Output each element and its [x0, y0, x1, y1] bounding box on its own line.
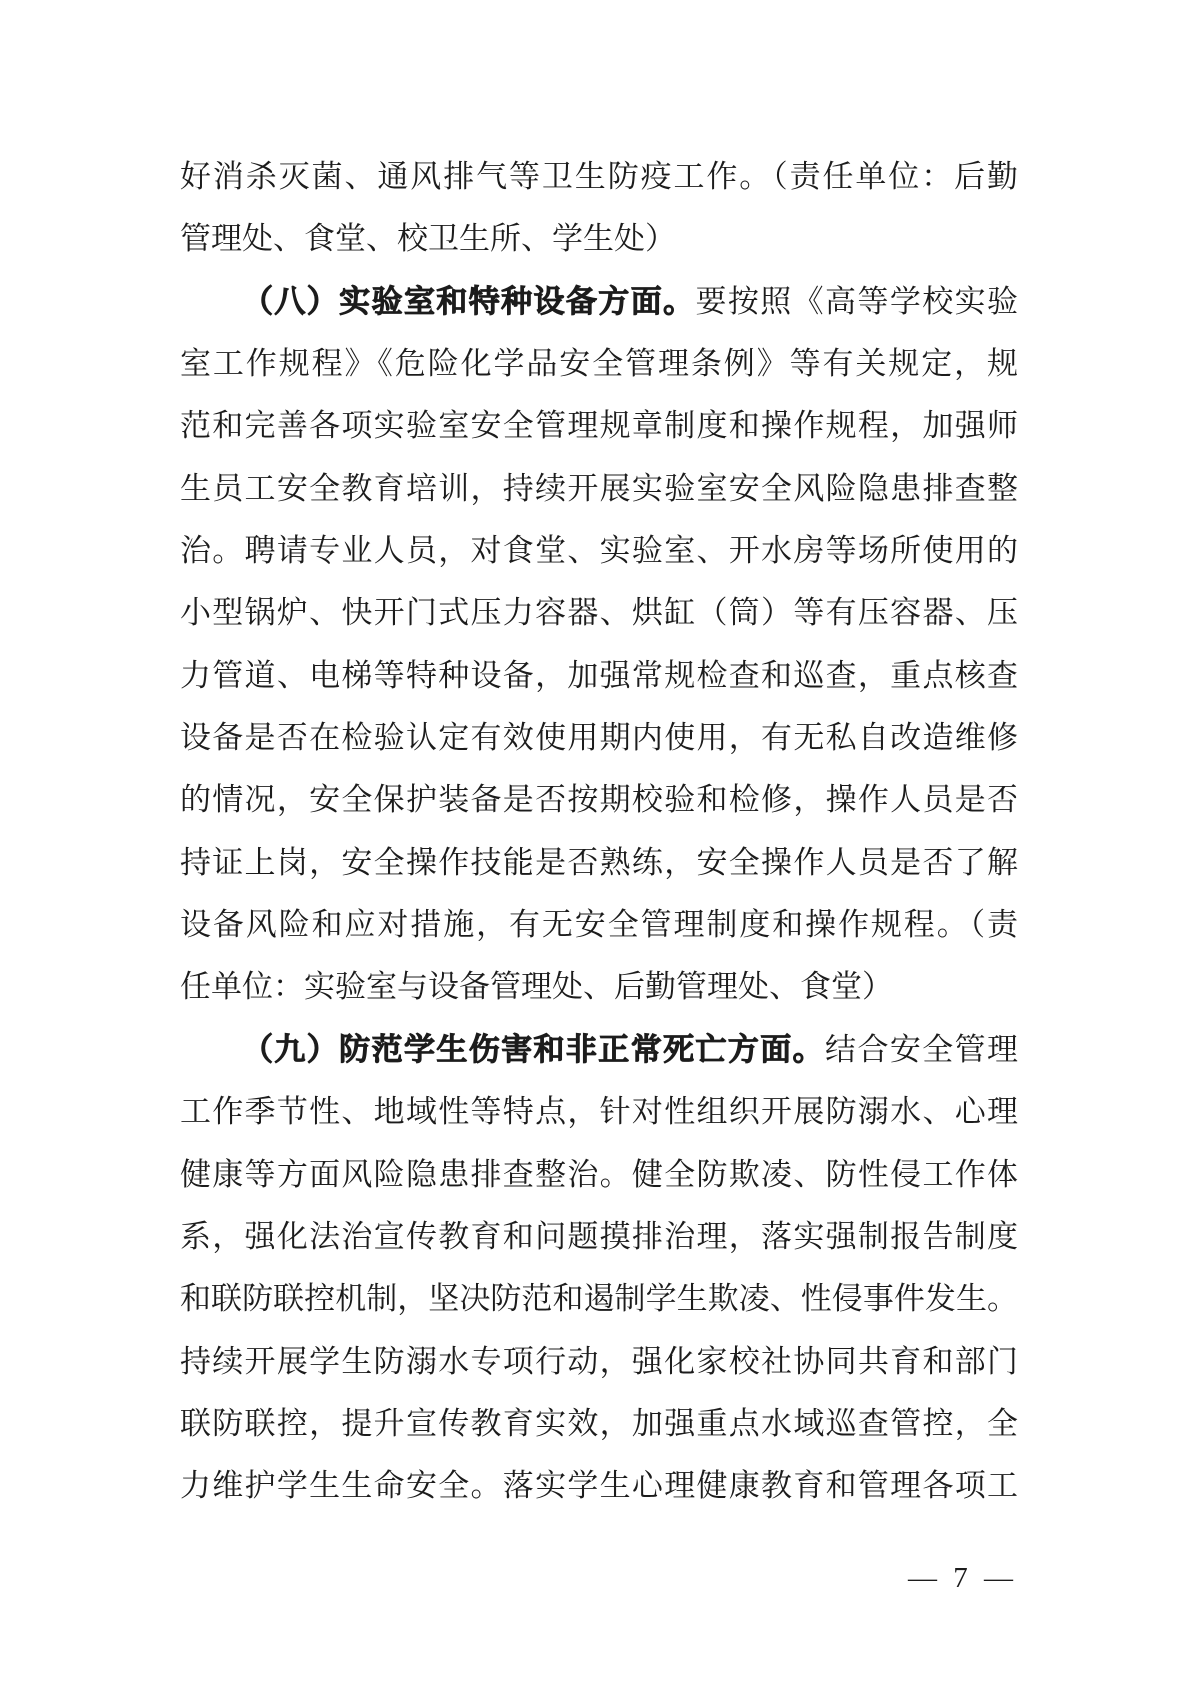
document-page: 好消杀灭菌、通风排气等卫生防疫工作。（责任单位：后勤管理处、食堂、校卫生所、学生…	[0, 0, 1191, 1684]
body-text: 设备风险和应对措施，有无安全管理制度和操作规程。（责	[180, 907, 1018, 942]
body-text: 生员工安全教育培训，持续开展实验室安全风险隐患排查整	[180, 471, 1018, 506]
body-text: 力管道、电梯等特种设备，加强常规检查和巡查，重点核查	[180, 658, 1018, 693]
text-line: 联防联控，提升宣传教育实效，加强重点水域巡查管控，全	[180, 1393, 1018, 1455]
body-text: 室工作规程》《危险化学品安全管理条例》等有关规定，规	[180, 346, 1018, 381]
text-line: 系，强化法治宣传教育和问题摸排治理，落实强制报告制度	[180, 1206, 1018, 1268]
text-line: 任单位：实验室与设备管理处、后勤管理处、食堂）	[180, 956, 1018, 1018]
text-line: 生员工安全教育培训，持续开展实验室安全风险隐患排查整	[180, 458, 1018, 520]
text-line: 好消杀灭菌、通风排气等卫生防疫工作。（责任单位：后勤	[180, 146, 1018, 208]
text-line: 力管道、电梯等特种设备，加强常规检查和巡查，重点核查	[180, 645, 1018, 707]
text-line: 设备是否在检验认定有效使用期内使用，有无私自改造维修	[180, 707, 1018, 769]
text-line: 设备风险和应对措施，有无安全管理制度和操作规程。（责	[180, 894, 1018, 956]
body-text: 管理处、食堂、校卫生所、学生处）	[180, 221, 676, 256]
body-text: 好消杀灭菌、通风排气等卫生防疫工作。（责任单位：后勤	[180, 159, 1018, 194]
text-line: 工作季节性、地域性等特点，针对性组织开展防溺水、心理	[180, 1081, 1018, 1143]
body-text: 工作季节性、地域性等特点，针对性组织开展防溺水、心理	[180, 1094, 1018, 1129]
section-heading-text: （九）防范学生伤害和非正常死亡方面。	[242, 1032, 825, 1067]
body-text: 设备是否在检验认定有效使用期内使用，有无私自改造维修	[180, 720, 1018, 755]
body-text: 健康等方面风险隐患排查整治。健全防欺凌、防性侵工作体	[180, 1157, 1018, 1192]
body-text: 持续开展学生防溺水专项行动，强化家校社协同共育和部门	[180, 1344, 1018, 1379]
section-heading-text: （八）实验室和特种设备方面。	[242, 284, 695, 319]
text-line: （八）实验室和特种设备方面。要按照《高等学校实验	[180, 271, 1018, 333]
text-line: 室工作规程》《危险化学品安全管理条例》等有关规定，规	[180, 333, 1018, 395]
text-line: 健康等方面风险隐患排查整治。健全防欺凌、防性侵工作体	[180, 1144, 1018, 1206]
body-text: 结合安全管理	[825, 1032, 1018, 1067]
body-text: 系，强化法治宣传教育和问题摸排治理，落实强制报告制度	[180, 1219, 1018, 1254]
text-line: 范和完善各项实验室安全管理规章制度和操作规程，加强师	[180, 395, 1018, 457]
text-line: 管理处、食堂、校卫生所、学生处）	[180, 208, 1018, 270]
text-line: 治。聘请专业人员，对食堂、实验室、开水房等场所使用的	[180, 520, 1018, 582]
text-line: 持证上岗，安全操作技能是否熟练，安全操作人员是否了解	[180, 832, 1018, 894]
body-text: 持证上岗，安全操作技能是否熟练，安全操作人员是否了解	[180, 845, 1018, 880]
body-text: 任单位：实验室与设备管理处、后勤管理处、食堂）	[180, 969, 893, 1004]
body-text: 范和完善各项实验室安全管理规章制度和操作规程，加强师	[180, 408, 1018, 443]
body-text: 要按照《高等学校实验	[695, 284, 1018, 319]
document-body: 好消杀灭菌、通风排气等卫生防疫工作。（责任单位：后勤管理处、食堂、校卫生所、学生…	[180, 146, 1018, 1518]
body-text: 小型锅炉、快开门式压力容器、烘缸（筒）等有压容器、压	[180, 595, 1018, 630]
body-text: 的情况，安全保护装备是否按期校验和检修，操作人员是否	[180, 782, 1018, 817]
body-text: 治。聘请专业人员，对食堂、实验室、开水房等场所使用的	[180, 533, 1018, 568]
body-text: 联防联控，提升宣传教育实效，加强重点水域巡查管控，全	[180, 1406, 1018, 1441]
text-line: 的情况，安全保护装备是否按期校验和检修，操作人员是否	[180, 769, 1018, 831]
body-text: 和联防联控机制，坚决防范和遏制学生欺凌、性侵事件发生。	[180, 1281, 1018, 1316]
text-line: 小型锅炉、快开门式压力容器、烘缸（筒）等有压容器、压	[180, 582, 1018, 644]
body-text: 力维护学生生命安全。落实学生心理健康教育和管理各项工	[180, 1468, 1018, 1503]
text-line: （九）防范学生伤害和非正常死亡方面。结合安全管理	[180, 1019, 1018, 1081]
page-number: — 7 —	[908, 1556, 1013, 1600]
text-line: 和联防联控机制，坚决防范和遏制学生欺凌、性侵事件发生。	[180, 1268, 1018, 1330]
text-line: 持续开展学生防溺水专项行动，强化家校社协同共育和部门	[180, 1331, 1018, 1393]
text-line: 力维护学生生命安全。落实学生心理健康教育和管理各项工	[180, 1455, 1018, 1517]
